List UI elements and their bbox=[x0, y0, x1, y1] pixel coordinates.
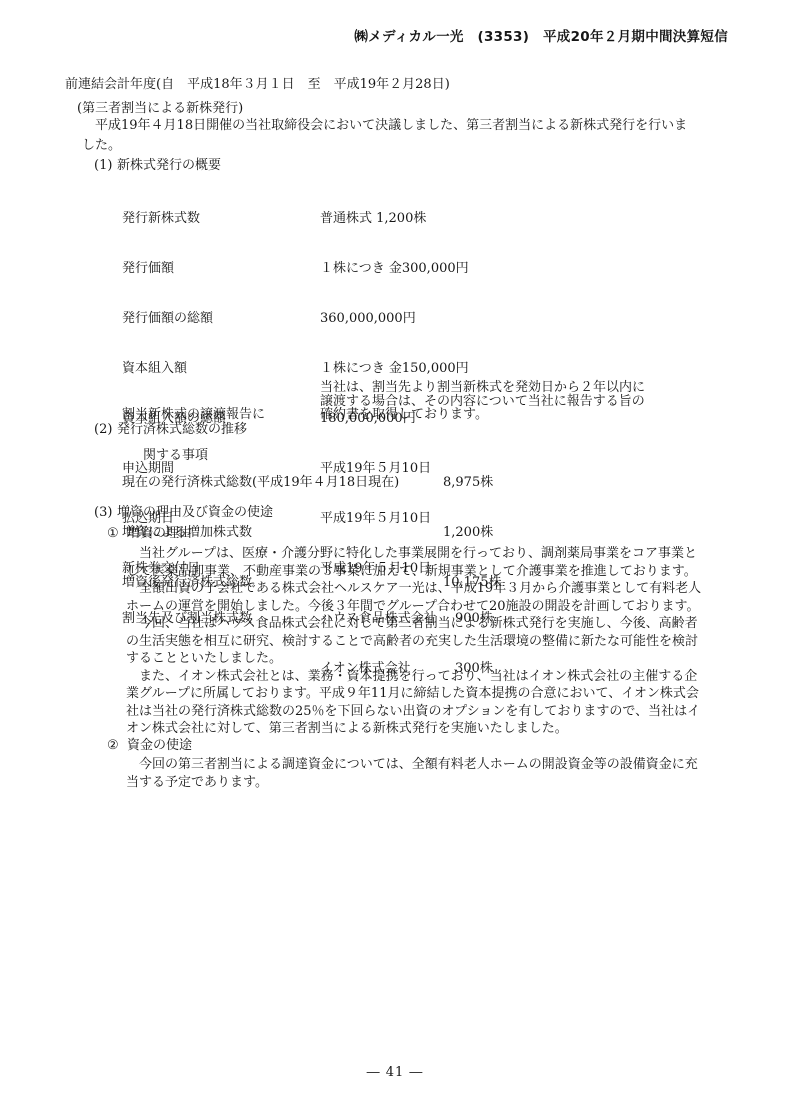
section-2-heading: (2) 発行済株式総数の推移 bbox=[94, 420, 247, 440]
table-row: 発行価額の総額 360,000,000円 bbox=[122, 309, 493, 329]
section-2-number: (2) bbox=[94, 420, 117, 440]
report-header: ㈱メディカル一光 (3353) 平成20年２月期中間決算短信 bbox=[354, 25, 728, 45]
table-row: 発行新株式数 普通株式 1,200株 bbox=[122, 209, 493, 229]
subsection-1-title: 増資の理由 bbox=[127, 524, 192, 544]
row-value: 8,975株 bbox=[443, 473, 493, 493]
subsection-1-heading: ① 増資の理由 bbox=[107, 524, 192, 544]
section-1-title: 新株式発行の概要 bbox=[117, 156, 221, 176]
subsection-2-title: 資金の使途 bbox=[127, 736, 192, 756]
subsection-2-number: ② bbox=[107, 736, 127, 756]
section-3-number: (3) bbox=[94, 503, 117, 523]
use-of-funds-paragraph: 今回の第三者割当による調達資金については、全額有料老人ホームの開設資金等の設備資… bbox=[126, 756, 698, 791]
fiscal-period-line: 前連結会計年度(自 平成18年３月１日 至 平成19年２月28日) bbox=[65, 73, 450, 92]
row-value: 1,200株 bbox=[443, 523, 493, 543]
section-1-number: (1) bbox=[94, 156, 117, 176]
section-1-heading: (1) 新株式発行の概要 bbox=[94, 156, 221, 176]
subsection-2-heading: ② 資金の使途 bbox=[107, 736, 192, 756]
intro-paragraph: 平成19年４月18日開催の当社取締役会において決議しました、第三者割当による新株… bbox=[82, 116, 687, 156]
reason-paragraph: 当社グループは、医療・介護分野に特化した事業展開を行っており、調剤薬局事業をコア… bbox=[126, 545, 701, 738]
section-2-title: 発行済株式総数の推移 bbox=[117, 420, 247, 440]
section-3-heading: (3) 増資の理由及び資金の使途 bbox=[94, 503, 273, 523]
section-3-title: 増資の理由及び資金の使途 bbox=[117, 503, 273, 523]
row-value: １株につき 金150,000円 bbox=[320, 359, 469, 379]
row-value: 普通株式 1,200株 bbox=[320, 209, 426, 229]
row-value: 360,000,000円 bbox=[320, 309, 416, 329]
table-row: 資本組入額 １株につき 金150,000円 bbox=[122, 359, 493, 379]
row-value: １株につき 金300,000円 bbox=[320, 259, 469, 279]
subsection-1-number: ① bbox=[107, 524, 127, 544]
table-row: 現在の発行済株式総数(平成19年４月18日現在) 8,975株 bbox=[122, 473, 502, 493]
row-label: 発行価額 bbox=[122, 259, 320, 279]
table-row: 発行価額 １株につき 金300,000円 bbox=[122, 259, 493, 279]
page-number: ― 41 ― bbox=[0, 1065, 790, 1080]
row-label: 発行価額の総額 bbox=[122, 309, 320, 329]
document-page: ㈱メディカル一光 (3353) 平成20年２月期中間決算短信 前連結会計年度(自… bbox=[0, 0, 790, 1118]
row-label: 現在の発行済株式総数(平成19年４月18日現在) bbox=[122, 473, 443, 493]
row-label: 資本組入額 bbox=[122, 359, 320, 379]
row-label: 発行新株式数 bbox=[122, 209, 320, 229]
subject-line: (第三者割当による新株発行) bbox=[77, 97, 243, 116]
